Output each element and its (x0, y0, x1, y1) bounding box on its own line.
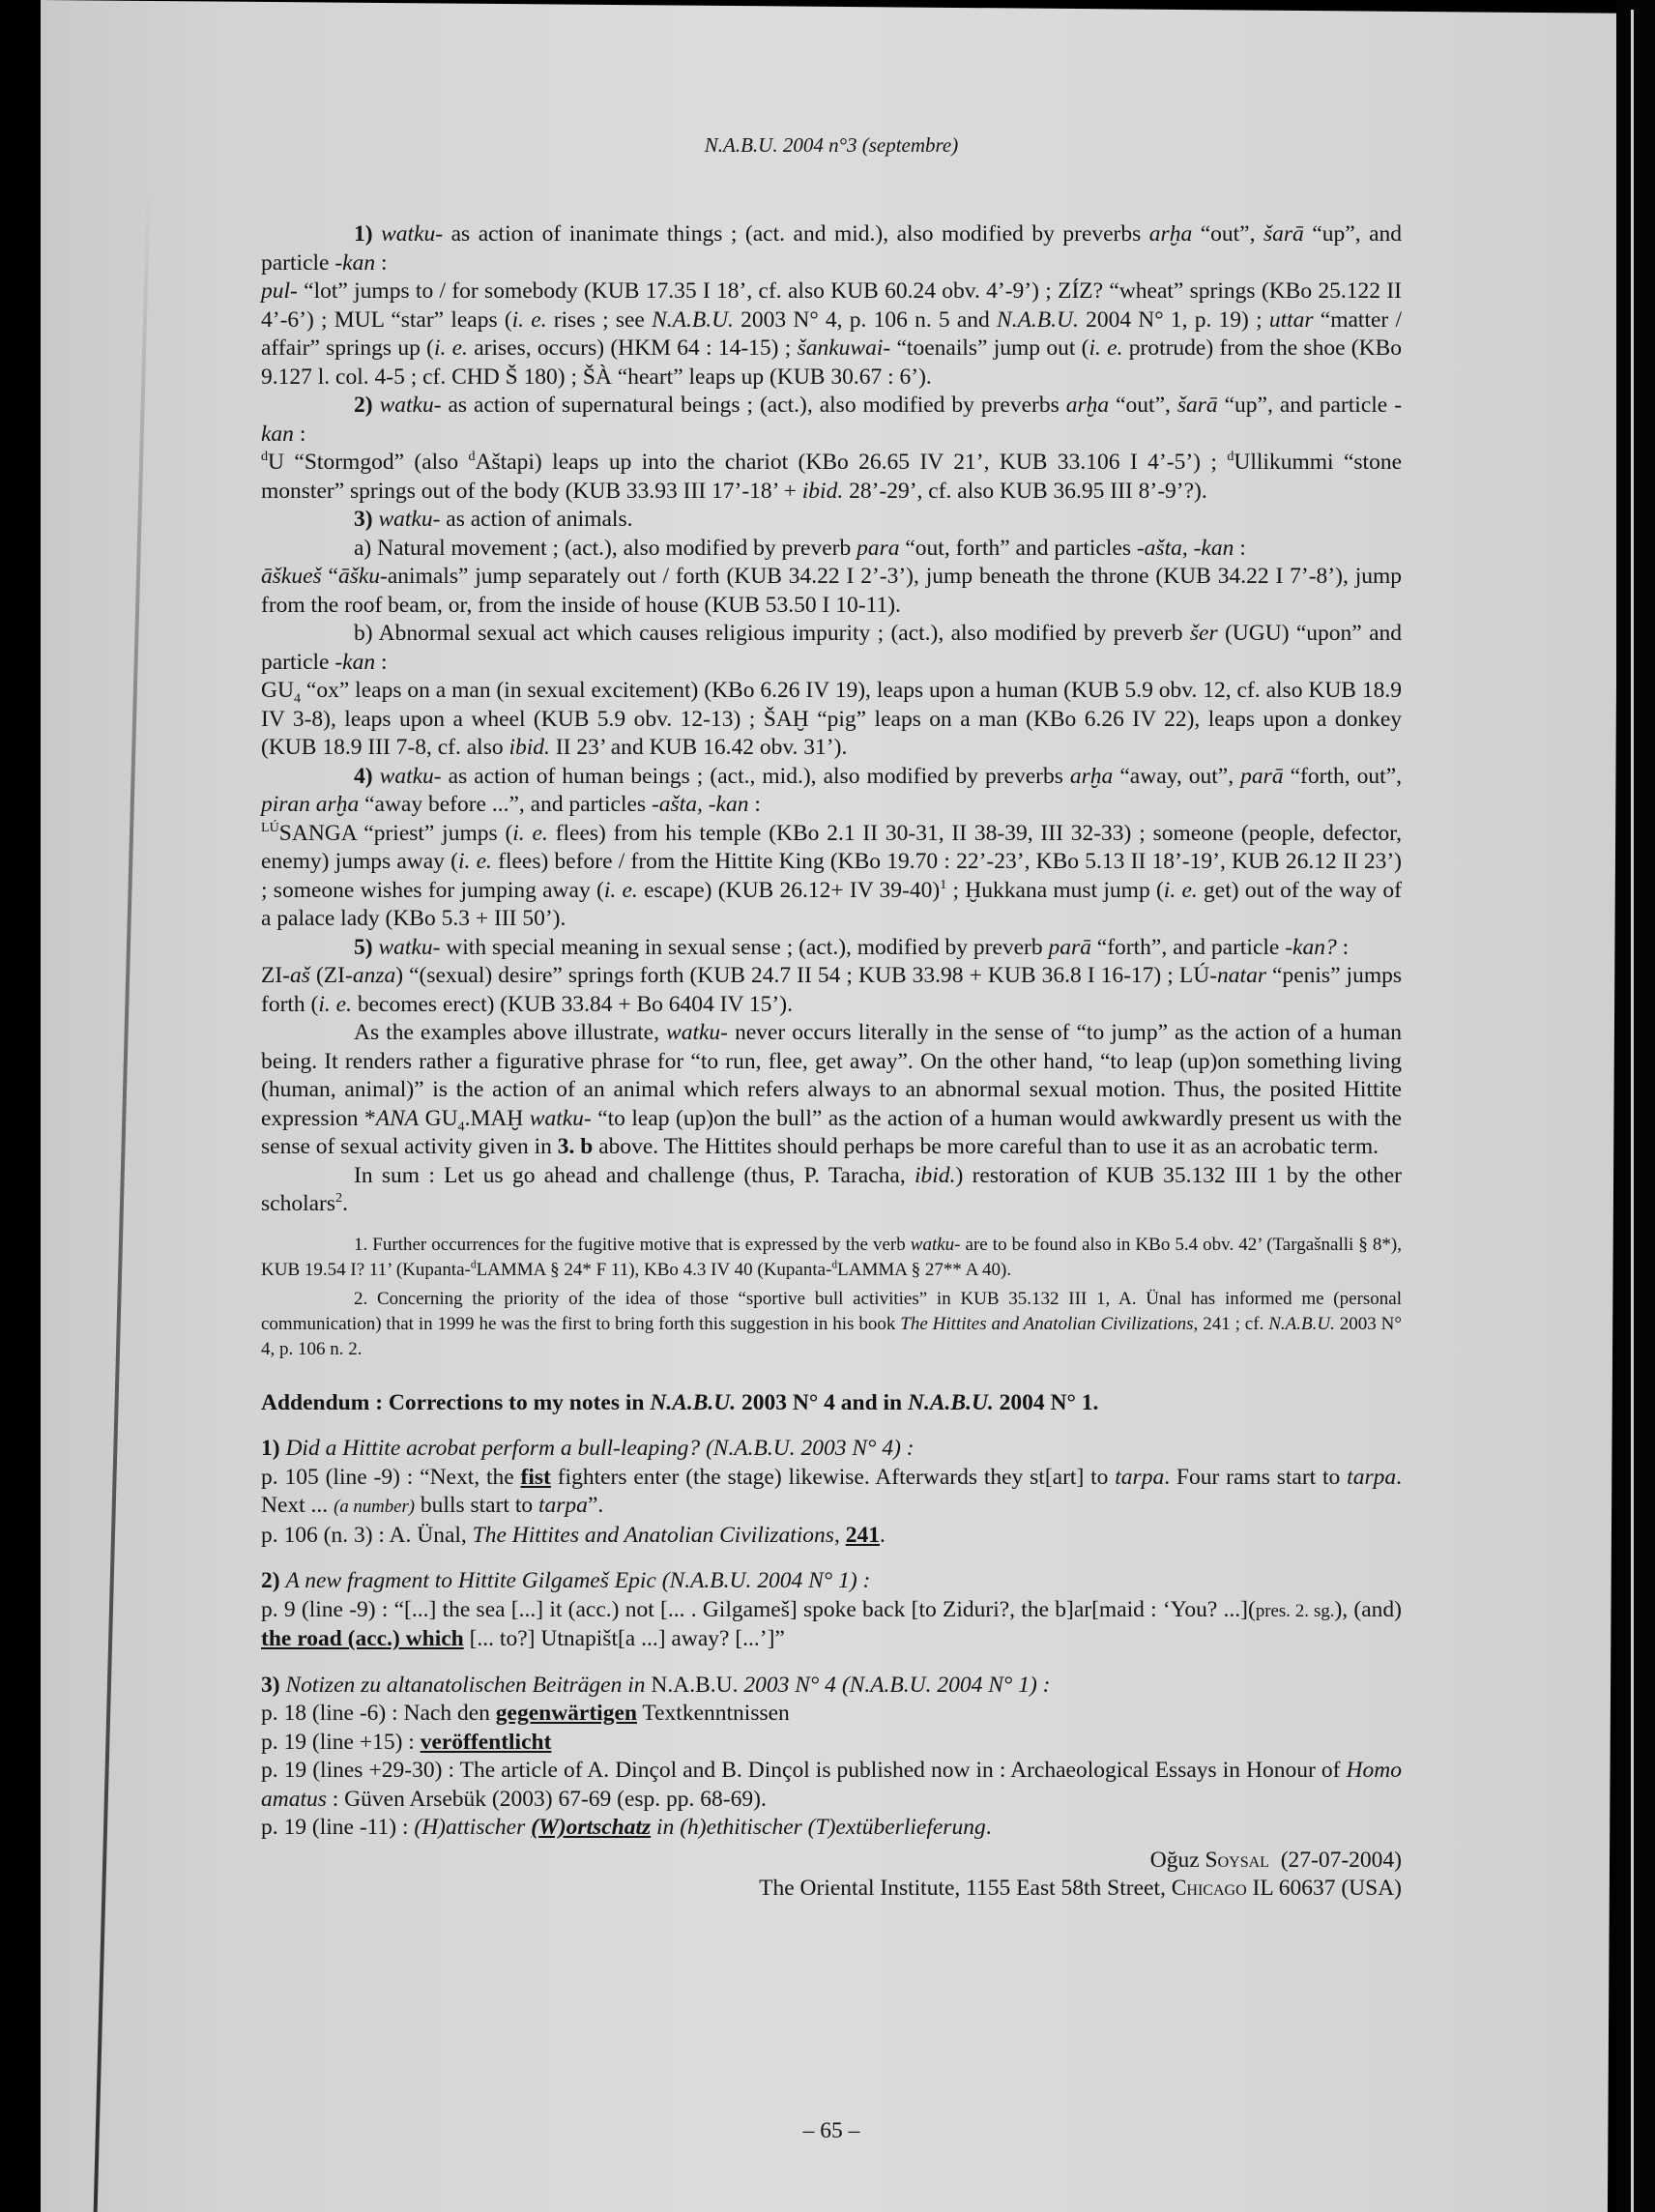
footnote-1: 1. Further occurrences for the fugitive … (261, 1233, 1402, 1283)
footnotes: 1. Further occurrences for the fugitive … (261, 1233, 1402, 1362)
addendum: Addendum : Corrections to my notes in N.… (261, 1389, 1402, 1904)
section-1: 1) watku- as action of inanimate things … (261, 220, 1402, 1904)
section-3a-body: āškueš “āšku-animals” jump separately ou… (261, 563, 1402, 620)
addendum-item-1-line-2: p. 106 (n. 3) : A. Ünal, The Hittites an… (261, 1522, 1402, 1551)
addendum-item-3-line-2: p. 19 (line +15) : veröffentlicht (261, 1729, 1402, 1758)
addendum-item-2-line: p. 9 (line -9) : “[...] the sea [...] it… (261, 1596, 1402, 1654)
section-3b-intro: b) Abnormal sexual act which causes reli… (261, 620, 1402, 677)
addendum-item-3-line-4: p. 19 (line -11) : (H)attischer (W)ortsc… (261, 1814, 1402, 1843)
section-4-intro: 4) watku- as action of human beings ; (a… (261, 763, 1402, 820)
section-4-body: LÚSANGA “priest” jumps (i. e. flees) fro… (261, 820, 1402, 934)
discussion-paragraph: As the examples above illustrate, watku-… (261, 1019, 1402, 1162)
section-3-intro: 3) watku- as action of animals. (261, 506, 1402, 535)
addendum-item-1-head: 1) Did a Hittite acrobat perform a bull-… (261, 1435, 1402, 1464)
running-head: N.A.B.U. 2004 n°3 (septembre) (261, 131, 1402, 160)
addendum-item-2-head: 2) A new fragment to Hittite Gilgameš Ep… (261, 1567, 1402, 1596)
footnote-2: 2. Concerning the priority of the idea o… (261, 1287, 1402, 1362)
section-5-body: ZI-aš (ZI-anza) “(sexual) desire” spring… (261, 962, 1402, 1019)
addendum-item-1: 1) Did a Hittite acrobat perform a bull-… (261, 1435, 1402, 1550)
addendum-item-3-head: 3) Notizen zu altanatolischen Beiträgen … (261, 1672, 1402, 1701)
addendum-item-1-line-1: p. 105 (line -9) : “Next, the fist fight… (261, 1464, 1402, 1522)
scan-border-line (1631, 10, 1634, 2212)
addendum-item-3-line-3: p. 19 (lines +29-30) : The article of A.… (261, 1757, 1402, 1814)
author-address: The Oriental Institute, 1155 East 58th S… (261, 1875, 1402, 1904)
binding-crease (94, 193, 151, 2212)
addendum-item-3-line-1: p. 18 (line -6) : Nach den gegenwärtigen… (261, 1700, 1402, 1729)
scan-border (1616, 0, 1655, 2212)
footnote-ref-2[interactable]: 2 (335, 1190, 342, 1206)
section-3b-body: GU4 “ox” leaps on a man (in sexual excit… (261, 677, 1402, 763)
section-1-intro: 1) watku- as action of inanimate things … (261, 220, 1402, 277)
section-2-body: dU “Stormgod” (also dAštapi) leaps up in… (261, 449, 1402, 506)
addendum-title: Addendum : Corrections to my notes in N.… (261, 1389, 1402, 1418)
conclusion-paragraph: In sum : Let us go ahead and challenge (… (261, 1162, 1402, 1219)
section-5-intro: 5) watku- with special meaning in sexual… (261, 934, 1402, 963)
addendum-item-2: 2) A new fragment to Hittite Gilgameš Ep… (261, 1567, 1402, 1654)
section-2-intro: 2) watku- as action of supernatural bein… (261, 392, 1402, 449)
page-number: – 65 – (261, 2117, 1402, 2146)
author-signature: Oğuz Soysal (27-07-2004) (261, 1847, 1402, 1876)
section-3a-intro: a) Natural movement ; (act.), also modif… (261, 535, 1402, 564)
addendum-item-3: 3) Notizen zu altanatolischen Beiträgen … (261, 1672, 1402, 1843)
section-1-body: pul- “lot” jumps to / for somebody (KUB … (261, 277, 1402, 392)
